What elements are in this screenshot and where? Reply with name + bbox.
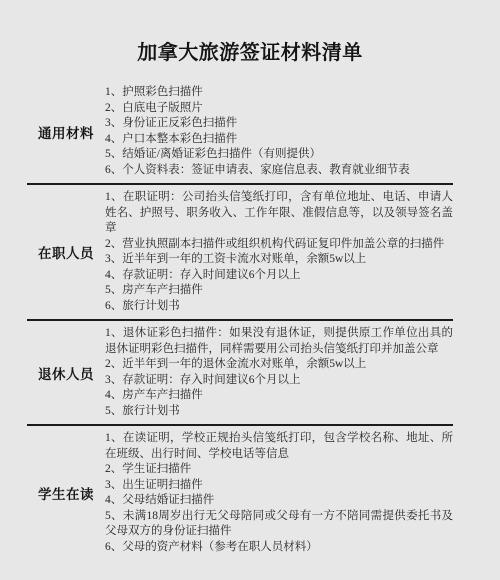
checklist-item: 2、近半年到一年的退休金流水对账单，余额5w以上 [105, 357, 453, 373]
checklist-item: 1、在职证明：公司抬头信笺纸打印，含有单位地址、电话、申请人姓名、护照号、职务收… [105, 190, 453, 237]
section-label-general-materials: 通用材料 [27, 80, 105, 183]
checklist-item: 5、房产车产扫描件 [105, 283, 453, 299]
section-items-retired: 1、退休证彩色扫描件：如果没有退休证，则提供原工作单位出具的退休证明彩色扫描件，… [105, 321, 453, 424]
section-retired: 退休人员 1、退休证彩色扫描件：如果没有退休证，则提供原工作单位出具的退休证明彩… [27, 321, 453, 426]
checklist-item: 5、结婚证/离婚证彩色扫描件（有则提供） [105, 147, 453, 163]
section-label-students: 学生在读 [27, 426, 105, 560]
page-title: 加拿大旅游签证材料清单 [0, 40, 500, 66]
checklist-item: 6、个人资料表：签证申请表、家庭信息表、教育就业细节表 [105, 163, 453, 179]
section-label-employed: 在职人员 [27, 185, 105, 319]
checklist-item: 3、近半年到一年的工资卡流水对账单，余额5w以上 [105, 252, 453, 268]
checklist-item: 2、白底电子版照片 [105, 101, 453, 117]
section-students: 学生在读 1、在读证明，学校正规抬头信笺纸打印，包含学校名称、地址、所在班级、出… [27, 426, 453, 560]
visa-checklist-document: 加拿大旅游签证材料清单 通用材料 1、护照彩色扫描件 2、白底电子版照片 3、身… [0, 0, 500, 580]
checklist-item: 4、父母结婚证扫描件 [105, 493, 453, 509]
checklist-item: 6、父母的资产材料（参考在职人员材料） [105, 540, 453, 556]
checklist-item: 4、存款证明：存入时间建议6个月以上 [105, 268, 453, 284]
checklist-item: 3、出生证明扫描件 [105, 478, 453, 494]
section-items-students: 1、在读证明，学校正规抬头信笺纸打印，包含学校名称、地址、所在班级、出行时间、学… [105, 426, 453, 560]
checklist-item: 5、旅行计划书 [105, 404, 453, 420]
checklist-item: 6、旅行计划书 [105, 299, 453, 315]
checklist-item: 1、退休证彩色扫描件：如果没有退休证，则提供原工作单位出具的退休证明彩色扫描件，… [105, 326, 453, 357]
section-items-general-materials: 1、护照彩色扫描件 2、白底电子版照片 3、身份证正反彩色扫描件 4、户口本整本… [105, 80, 453, 183]
checklist-item: 1、在读证明，学校正规抬头信笺纸打印，包含学校名称、地址、所在班级、出行时间、学… [105, 431, 453, 462]
section-general-materials: 通用材料 1、护照彩色扫描件 2、白底电子版照片 3、身份证正反彩色扫描件 4、… [27, 80, 453, 185]
checklist-item: 5、未满18周岁出行无父母陪同或父母有一方不陪同需提供委托书及父母双方的身份证扫… [105, 509, 453, 540]
section-label-retired: 退休人员 [27, 321, 105, 424]
checklist-item: 4、户口本整本彩色扫描件 [105, 132, 453, 148]
section-employed: 在职人员 1、在职证明：公司抬头信笺纸打印，含有单位地址、电话、申请人姓名、护照… [27, 185, 453, 321]
checklist-item: 3、身份证正反彩色扫描件 [105, 116, 453, 132]
checklist-table: 通用材料 1、护照彩色扫描件 2、白底电子版照片 3、身份证正反彩色扫描件 4、… [27, 80, 453, 560]
checklist-item: 4、房产车产扫描件 [105, 388, 453, 404]
checklist-item: 3、存款证明：存入时间建议6个月以上 [105, 373, 453, 389]
checklist-item: 1、护照彩色扫描件 [105, 85, 453, 101]
checklist-item: 2、学生证扫描件 [105, 462, 453, 478]
checklist-item: 2、营业执照副本扫描件或组织机构代码证复印件加盖公章的扫描件 [105, 237, 453, 253]
section-items-employed: 1、在职证明：公司抬头信笺纸打印，含有单位地址、电话、申请人姓名、护照号、职务收… [105, 185, 453, 319]
